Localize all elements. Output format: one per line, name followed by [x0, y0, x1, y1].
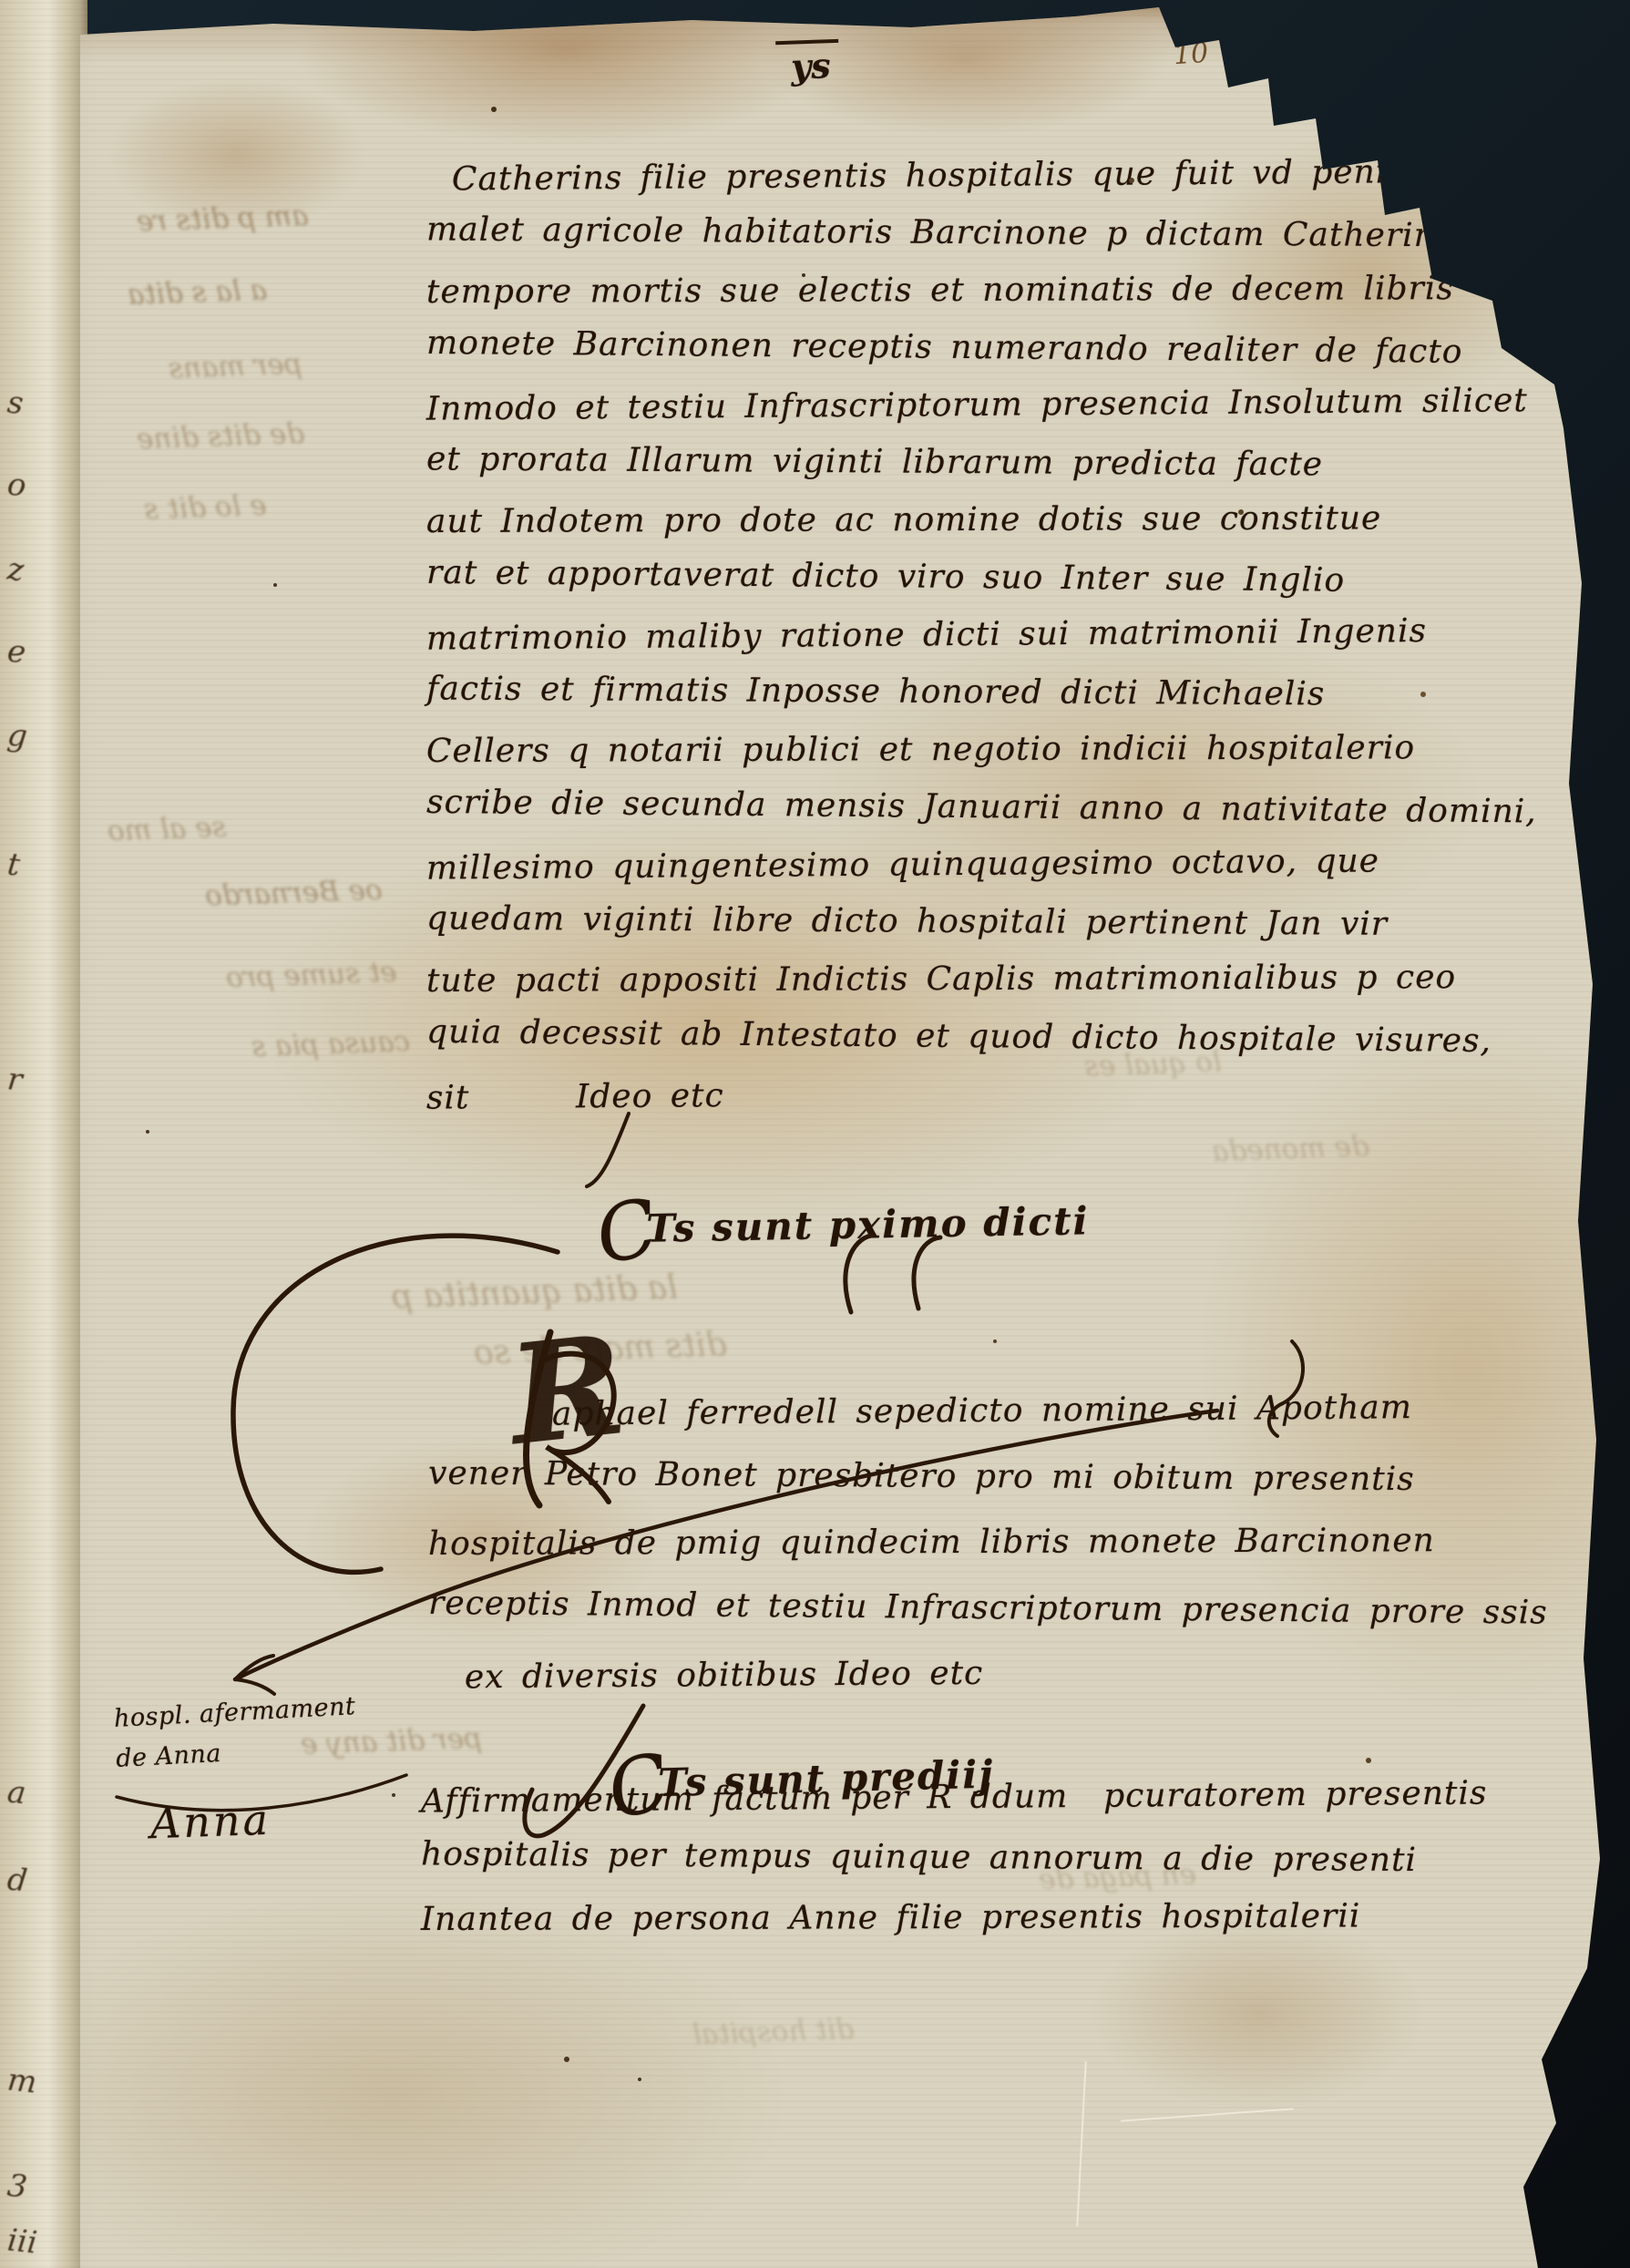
edge-fragment: t	[5, 846, 73, 888]
margin-note-line2: de Anna	[115, 1739, 221, 1773]
manuscript-line: scribe die secunda mensis Januarii anno …	[426, 784, 1502, 850]
edge-fragment: g	[5, 716, 73, 759]
manuscript-photo: sozegtradm3iii am p dits re a la s dita …	[0, 0, 1630, 2268]
entry-3: Affirmamentum factum per R ddum pcurator…	[421, 1779, 1496, 1959]
quire-mark: ys	[775, 39, 840, 87]
margin-note-anna: Anna	[149, 1795, 272, 1849]
bleedthrough-line: se al mo	[107, 811, 227, 848]
manuscript-line: monete Barcinonen receptis numerando rea…	[426, 324, 1502, 391]
bleedthrough-line: oe Bernardo	[204, 874, 383, 913]
manuscript-line: matrimonio maliby ratione dicti sui matr…	[426, 611, 1502, 677]
manuscript-line: Inmodo et testiu Infrascriptorum presenc…	[426, 382, 1502, 447]
bleedthrough-line: a la s dita	[127, 273, 267, 311]
entry-2: aphael ferredell sepedicto nomine sui Ap…	[428, 1392, 1503, 1720]
manuscript-line: quia decessit ab Intestato et quod dicto…	[426, 1013, 1502, 1080]
edge-fragment: a	[5, 1773, 73, 1816]
margin-note-line1: hospl. afermament	[113, 1692, 356, 1733]
manuscript-line: receptis Inmod et testiu Infrascriptorum…	[428, 1585, 1504, 1659]
edge-fragment: z	[5, 550, 73, 593]
manuscript-line: tute pacti appositi Indictis Caplis matr…	[426, 959, 1502, 1020]
edge-fragment: e	[5, 632, 73, 675]
witness-line-1: C Ts sunt pximo dicti	[596, 1178, 1090, 1278]
edge-fragment: 3	[5, 2167, 73, 2210]
edge-fragment: m	[5, 2061, 73, 2104]
manuscript-line: vener Petro Bonet presbitero pro mi obit…	[428, 1454, 1503, 1526]
crease	[1076, 2061, 1087, 2227]
manuscript-line: Inantea de persona Anne filie presentis …	[421, 1897, 1496, 1961]
manuscript-line: rat et apportaverat dicto viro suo Inter…	[426, 554, 1502, 621]
edge-fragment: d	[5, 1861, 73, 1904]
manuscript-line: Cellers q notarii publici et negotio ind…	[426, 729, 1502, 790]
manuscript-line: millesimo quingentesimo quinquagesimo oc…	[426, 841, 1502, 907]
paraph-c-icon: C	[589, 1182, 667, 1283]
manuscript-line: factis et firmatis Inposse honored dicti…	[426, 670, 1502, 734]
edge-fragment: iii	[5, 2222, 73, 2264]
folio-number: 10	[1173, 37, 1210, 72]
witness-text: Ts sunt pximo dicti	[646, 1198, 1090, 1250]
crease	[1121, 2108, 1294, 2121]
bleedthrough-line: causa pia s	[251, 1025, 410, 1063]
bleedthrough-line: e lo dit s	[143, 489, 267, 527]
bleedthrough-line: de dits dine	[136, 417, 304, 456]
bleedthrough-line: per mans	[168, 347, 302, 385]
manuscript-line: hospitalis de pmig quindecim libris mone…	[428, 1522, 1503, 1591]
page: am p dits re a la s dita per mans de dit…	[0, 0, 1630, 2268]
manuscript-line: sit Ideo etc	[426, 1071, 1502, 1136]
manuscript-line: tempore mortis sue electis et nominatis …	[426, 270, 1502, 331]
previous-page-edge: sozegtradm3iii	[0, 0, 87, 2268]
manuscript-line: ex diversis obitibus Ideo etc	[428, 1650, 1504, 1724]
edge-fragment: s	[5, 384, 73, 426]
manuscript-line: et prorata Illarum viginti librarum pred…	[426, 440, 1502, 504]
bleedthrough-line: de moneda	[1211, 1130, 1369, 1168]
entry-1: Catherins filie presentis hospitalis que…	[426, 157, 1502, 1133]
bleedthrough-line: et sume pro	[225, 956, 397, 995]
edge-fragment: o	[5, 466, 73, 508]
margin-note-affermament: hospl. afermamentde Anna	[113, 1687, 359, 1780]
manuscript-line: aphael ferredell sepedicto nomine sui Ap…	[428, 1388, 1504, 1462]
manuscript-line: quedam viginti libre dicto hospitali per…	[426, 899, 1502, 963]
edge-fragment: r	[5, 1061, 73, 1103]
manuscript-line: hospitalis per tempus quinque annorum a …	[421, 1835, 1496, 1902]
bleedthrough-line: dit hospital	[692, 2013, 854, 2051]
manuscript-line: Catherins filie presentis hospitalis que…	[426, 152, 1502, 218]
manuscript-line: malet agricole habitatoris Barcinone p d…	[426, 210, 1502, 274]
bleedthrough-line: am p dits re	[136, 200, 309, 239]
manuscript-line: Affirmamentum factum per R ddum pcurator…	[421, 1774, 1496, 1842]
manuscript-line: aut Indotem pro dote ac nomine dotis sue…	[426, 499, 1502, 560]
